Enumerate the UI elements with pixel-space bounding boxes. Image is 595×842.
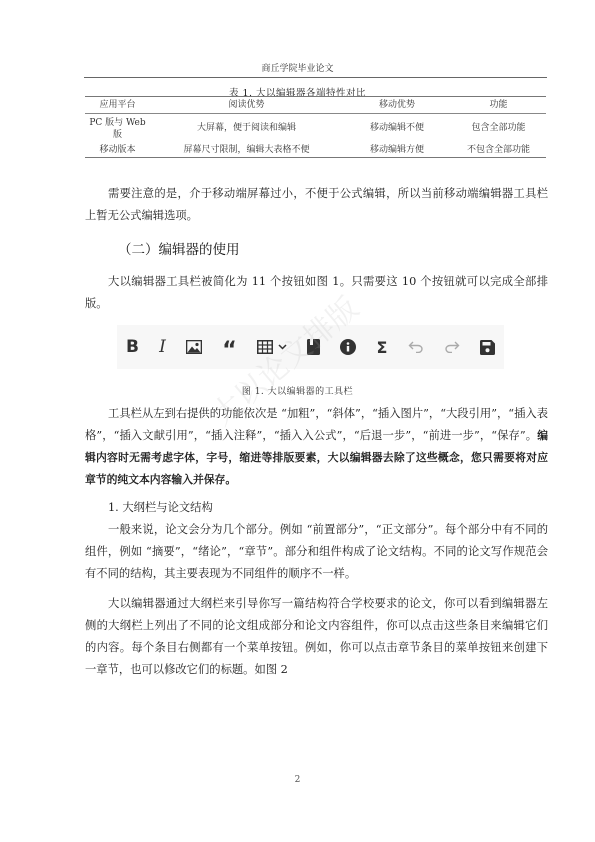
- table-cell: 大屏幕，便于阅读和编辑: [150, 114, 343, 143]
- table-cell: 屏幕尺寸限制，编辑大表格不便: [150, 142, 343, 158]
- table-row: 移动版本 屏幕尺寸限制，编辑大表格不便 移动编辑方便 不包含全部功能: [85, 142, 546, 158]
- subsection-title: 大纲栏与论文结构: [122, 501, 212, 514]
- undo-button[interactable]: [408, 335, 424, 359]
- table-cell: 包含全部功能: [451, 114, 546, 143]
- book-icon: [307, 339, 320, 355]
- comparison-table: 应用平台 阅读优势 移动优势 功能 PC 版与 Web 版 大屏幕，便于阅读和编…: [85, 96, 546, 158]
- info-icon: [340, 339, 356, 355]
- bold-icon: B: [126, 337, 139, 357]
- paragraph: 一般来说，论文会分为几个部分。例如 “前置部分”，“正文部分”。每个部分中有不同…: [85, 519, 548, 585]
- italic-icon: I: [159, 337, 166, 357]
- table-cell: 移动编辑不便: [343, 114, 451, 143]
- table-cell: 移动版本: [85, 142, 150, 158]
- page-number: 2: [0, 775, 595, 785]
- subsection-heading: 1. 大纲栏与论文结构: [108, 497, 213, 519]
- paragraph-text: 工具栏从左到右提供的功能依次是 “加粗”，“斜体”，“插入图片”，“大段引用”，…: [85, 407, 548, 442]
- paragraph: 需要注意的是，介于移动端屏幕过小，不便于公式编辑，所以当前移动端编辑器工具栏上暂…: [85, 183, 548, 227]
- chevron-down-icon: [278, 344, 287, 350]
- column-header: 移动优势: [343, 97, 451, 114]
- table-row: PC 版与 Web 版 大屏幕，便于阅读和编辑 移动编辑不便 包含全部功能: [85, 114, 546, 143]
- insert-table-button[interactable]: [257, 335, 287, 359]
- insert-formula-button[interactable]: Σ: [376, 335, 387, 359]
- redo-icon: [444, 341, 460, 353]
- blockquote-button[interactable]: “: [222, 335, 236, 359]
- figure-caption: 图 1. 大以编辑器的工具栏: [0, 384, 595, 397]
- table-cell: 移动编辑方便: [343, 142, 451, 158]
- undo-icon: [408, 341, 424, 353]
- column-header: 功能: [451, 97, 546, 114]
- editor-toolbar: B I “ Σ: [117, 325, 504, 369]
- quote-icon: “: [222, 336, 236, 358]
- insert-note-button[interactable]: [340, 335, 356, 359]
- paragraph-with-emphasis: 工具栏从左到右提供的功能依次是 “加粗”，“斜体”，“插入图片”，“大段引用”，…: [85, 403, 548, 491]
- redo-button[interactable]: [444, 335, 460, 359]
- insert-citation-button[interactable]: [307, 335, 320, 359]
- table-icon: [257, 340, 273, 354]
- italic-button[interactable]: I: [159, 335, 166, 359]
- table-header-row: 应用平台 阅读优势 移动优势 功能: [85, 97, 546, 114]
- paragraph: 大以编辑器工具栏被简化为 11 个按钮如图 1。只需要这 10 个按钮就可以完成…: [85, 271, 548, 315]
- section-heading: （二）编辑器的使用: [118, 238, 240, 258]
- save-icon: [480, 340, 495, 355]
- table-cell: 不包含全部功能: [451, 142, 546, 158]
- image-icon: [186, 340, 202, 354]
- header-rule: [84, 77, 547, 78]
- sigma-icon: Σ: [376, 338, 387, 357]
- paragraph: 大以编辑器通过大纲栏来引导你写一篇结构符合学校要求的论文，你可以看到编辑器左侧的…: [85, 593, 548, 681]
- running-header: 商丘学院毕业论文: [0, 61, 595, 74]
- bold-button[interactable]: B: [126, 335, 139, 359]
- subsection-number: 1.: [108, 501, 119, 514]
- column-header: 应用平台: [85, 97, 150, 114]
- column-header: 阅读优势: [150, 97, 343, 114]
- insert-image-button[interactable]: [186, 335, 202, 359]
- save-button[interactable]: [480, 335, 495, 359]
- table-cell: PC 版与 Web 版: [85, 114, 150, 143]
